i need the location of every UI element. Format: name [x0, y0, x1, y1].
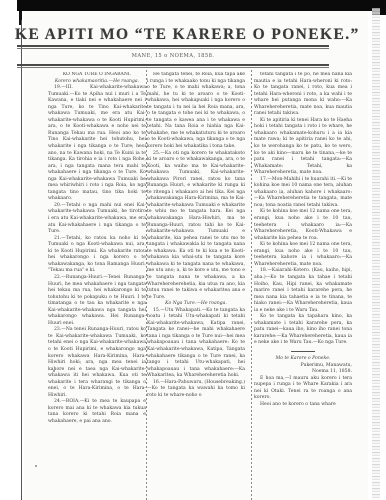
masthead-rule-top: [17, 45, 329, 47]
masthead-rule-thin: [17, 48, 329, 49]
scan-speck: [35, 465, 37, 467]
scan-left-margin: [0, 0, 17, 500]
masthead-title: KE APITI MO “TE KARERE O PONEKE.”: [15, 26, 333, 44]
article-paragraph: E hoa ma,—I mauru aku korero i tera nupe…: [254, 376, 352, 402]
article-paragraph: 24.—ROIA.—Ki te mea te kaupapa e korero …: [48, 399, 146, 425]
column-3: tetahi tangata i te po, he mea nana kia …: [254, 72, 352, 500]
column-1: KO NGA TURE O INGARANI.Korero whakamaori…: [48, 72, 146, 500]
article-paragraph: 19.—III. Kai-whakarite-whakawa Tumuaki.—…: [48, 85, 146, 203]
scan-page-edge: [21, 20, 22, 500]
article-paragraph: Ki te apitiria ki tenei Hara ko te Haeha…: [254, 118, 352, 177]
article-paragraph: He tangata tenei, te Roia, kua tapa ake …: [147, 72, 245, 151]
dateline-rule-thin: [17, 67, 329, 68]
article-paragraph: tetahi tangata i te po, he mea nana kia …: [254, 72, 352, 118]
article-paragraph: Ki te kohina koe mei 12 nama one tera, e…: [254, 209, 352, 242]
article-paragraph: 16.—Hara-Pahuwaru, (Housebreaking.)—Ko t…: [147, 380, 245, 400]
article-paragraph: Ki te kohina koe mei 12 nama one tera, e…: [254, 242, 352, 268]
article-paragraph: 22.—Runanga-Huuri.—Tenei Runanga-Huuri, …: [48, 275, 146, 327]
scan-right-noise: [372, 8, 380, 500]
column-separator-2: [251, 70, 252, 500]
section-divider: [291, 351, 315, 352]
article-paragraph: 21.—Tetahi, ko ratou ka noho ki te Tumua…: [48, 236, 146, 275]
scan-top-border: [0, 0, 386, 11]
article-paragraph: 17.—Mon-Mahihi i te huarahi iti.—Ki te k…: [254, 177, 352, 210]
article-paragraph: 20.—Tetahi o nga mahi nui enei Kai-whaka…: [48, 203, 146, 236]
article-paragraph: Ko te tangata ka tapahara kino, ka whaka…: [254, 314, 352, 347]
column-2: He tangata tenei, te Roia, kua tapa ake …: [147, 72, 245, 500]
article-paragraph: 18.—Kaiarahi-Kotero. (Kau, kaiho, hipi, …: [254, 268, 352, 314]
dateline-rule: [17, 64, 329, 66]
dateline: MANE, 15 o NOEMA, 1858.: [17, 53, 329, 59]
article-paragraph: Heoi ano te korero o tana whare: [254, 402, 352, 409]
article-paragraph: 23.—Na tenei Runanga-Huuri, ratou ko te …: [48, 327, 146, 399]
article-paragraph: 25.—Ka oti nga korero te whakatakoto ki …: [147, 151, 245, 302]
article-paragraph: 15.—Utu Whakapati.—Ko te tangata ka hoat…: [147, 308, 245, 380]
